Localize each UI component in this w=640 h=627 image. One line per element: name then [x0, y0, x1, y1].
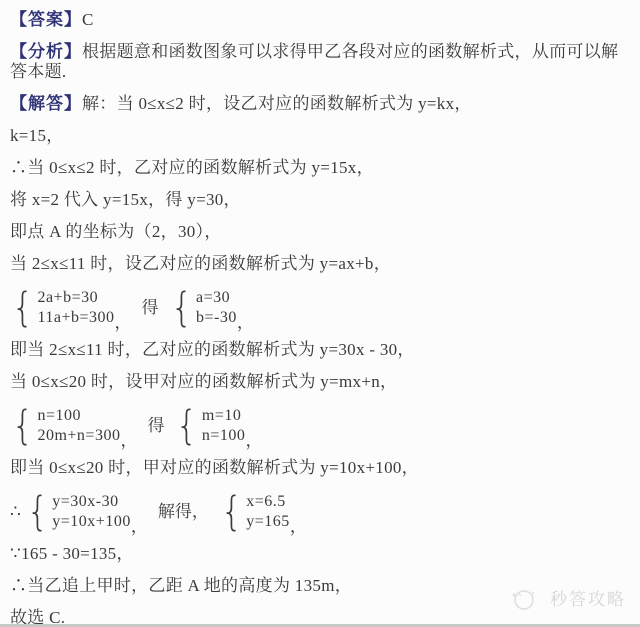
system1-comma: ，: [115, 316, 132, 330]
watermark: 秒答攻略: [508, 585, 626, 615]
system3-sol2: y=165: [246, 512, 290, 532]
watermark-logo-circle-icon: [508, 585, 538, 615]
solution-document: 【答案】C 【分析】根据题意和函数图象可以求得甲乙各段对应的函数解析式，从而可以…: [0, 0, 640, 627]
system1-sol1: a=30: [196, 288, 237, 308]
solution-line-point-a: 即点 A 的坐标为（2，30），: [10, 222, 630, 242]
system3-comma: ，: [131, 520, 148, 534]
solution-line-because: ∵165 - 30=135，: [10, 544, 630, 564]
system1-sol2: b=-30: [196, 308, 237, 328]
solution-line-k: k=15，: [10, 126, 630, 146]
analysis-text: 根据题意和函数图象可以求得甲乙各段对应的函数解析式，从而可以解答本题.: [10, 42, 618, 81]
system2-eq2: 20m+n=300: [37, 426, 120, 446]
system3-equations: y=30x-30 y=10x+100: [52, 492, 131, 532]
system2-tail-comma: ，: [245, 434, 262, 448]
system2-equations: n=100 20m+n=300: [37, 406, 120, 446]
system2-comma: ，: [120, 434, 137, 448]
left-brace: {: [176, 404, 198, 448]
solution-line-therefore1: ∴当 0≤x≤2 时，乙对应的函数解析式为 y=15x，: [10, 158, 630, 178]
system2-solutions: m=10 n=100: [202, 406, 246, 446]
system2-mid-text: 得: [147, 416, 164, 436]
system3-sol1: x=6.5: [246, 492, 290, 512]
solution-line-result3: 即当 0≤x≤20 时，甲对应的函数解析式为 y=10x+100，: [10, 458, 630, 478]
solution-line-set2: 当 2≤x≤11 时，设乙对应的函数解析式为 y=ax+b，: [10, 254, 630, 274]
analysis-label: 【分析】: [10, 42, 82, 61]
system1-eq2: 11a+b=300: [37, 308, 114, 328]
equation-system-1: { 2a+b=30 11a+b=300 ， 得 { a=30 b=-30 ，: [10, 286, 630, 330]
system1-tail-comma: ，: [237, 316, 254, 330]
system2-sol1: m=10: [202, 406, 246, 426]
left-brace: {: [27, 490, 49, 534]
system3-mid-text: 解得，: [158, 502, 209, 522]
solution-line-substitute: 将 x=2 代入 y=15x，得 y=30，: [10, 190, 630, 210]
system3-eq1: y=30x-30: [52, 492, 131, 512]
solution-intro-text: 解：当 0≤x≤2 时，设乙对应的函数解析式为 y=kx，: [82, 94, 472, 113]
left-brace: {: [12, 286, 34, 330]
left-brace: {: [221, 490, 243, 534]
system2-sol2: n=100: [202, 426, 246, 446]
system1-mid-text: 得: [142, 298, 159, 318]
answer-line: 【答案】C: [10, 10, 630, 30]
solution-line-set3: 当 0≤x≤20 时，设甲对应的函数解析式为 y=mx+n，: [10, 372, 630, 392]
system3-solutions: x=6.5 y=165: [246, 492, 290, 532]
system1-eq1: 2a+b=30: [37, 288, 114, 308]
equation-system-3: ∴ { y=30x-30 y=10x+100 ， 解得， { x=6.5 y=1…: [10, 490, 630, 534]
left-brace: {: [170, 286, 192, 330]
answer-value: C: [82, 10, 94, 29]
system3-tail-comma: ，: [290, 520, 307, 534]
system1-equations: 2a+b=30 11a+b=300: [37, 288, 114, 328]
analysis-line: 【分析】根据题意和函数图象可以求得甲乙各段对应的函数解析式，从而可以解答本题.: [10, 42, 630, 82]
solution-intro-line: 【解答】解：当 0≤x≤2 时，设乙对应的函数解析式为 y=kx，: [10, 94, 630, 114]
watermark-text: 秒答攻略: [550, 590, 626, 610]
system2-eq1: n=100: [37, 406, 120, 426]
solution-line-result2: 即当 2≤x≤11 时，乙对应的函数解析式为 y=30x - 30，: [10, 340, 630, 360]
therefore-symbol: ∴: [10, 502, 21, 522]
system1-solutions: a=30 b=-30: [196, 288, 237, 328]
solution-label: 【解答】: [10, 94, 82, 113]
left-brace: {: [12, 404, 34, 448]
answer-label: 【答案】: [10, 10, 82, 29]
equation-system-2: { n=100 20m+n=300 ， 得 { m=10 n=100 ，: [10, 404, 630, 448]
system3-eq2: y=10x+100: [52, 512, 131, 532]
